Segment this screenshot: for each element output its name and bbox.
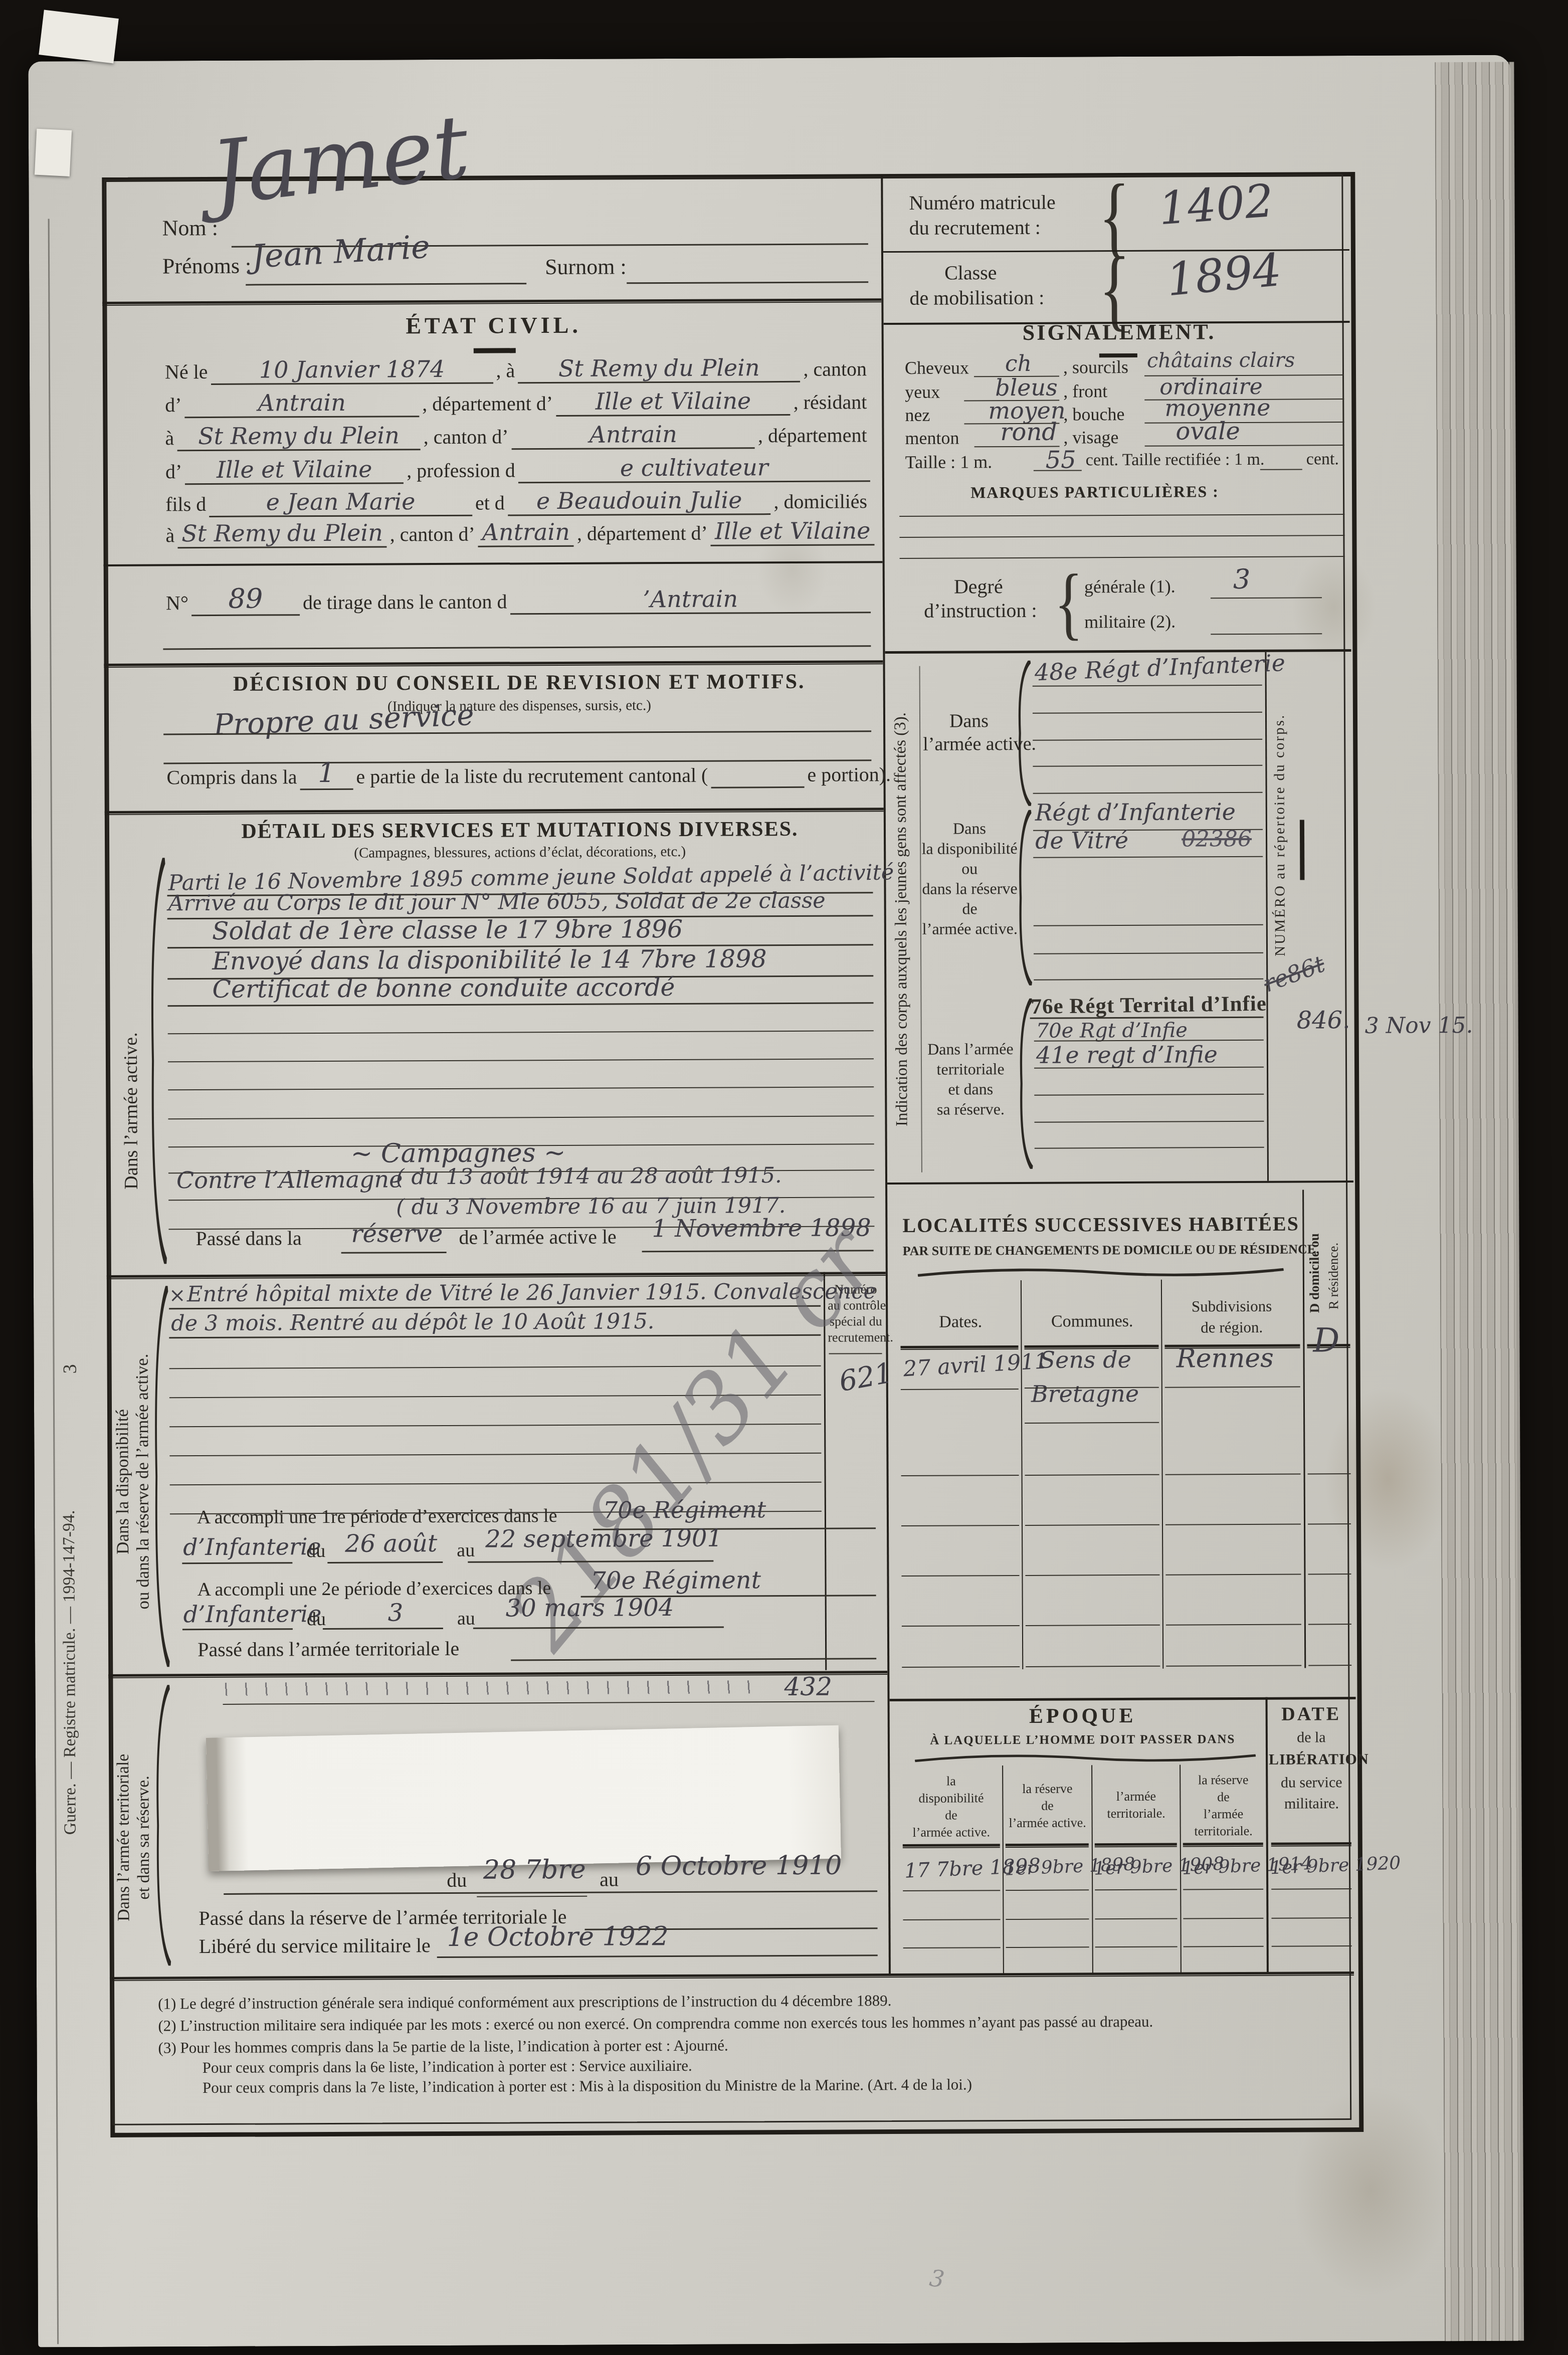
decoration — [147, 858, 168, 1264]
static-text: Antrain — [184, 388, 419, 418]
etat-civil-line: àSt Remy du Plein, canton d’Antrain, dép… — [162, 517, 870, 548]
du-label: du — [447, 1868, 467, 1892]
decoration — [1016, 661, 1032, 806]
static-text: , département d’ — [419, 391, 556, 417]
static-text: , canton d’ — [421, 425, 512, 450]
decoration — [1019, 661, 1031, 806]
col-subdivisions: Subdivisions — [1163, 1297, 1300, 1316]
epoque-col-h: l’armée active. — [1004, 1815, 1092, 1831]
static-text: Né le — [162, 360, 211, 385]
side-label-disponibilite2: ou dans la réserve de l’armée active. — [132, 1296, 153, 1667]
service-line: Certificat de bonne conduite accordé — [212, 973, 675, 1004]
decoration — [1271, 1842, 1351, 1847]
static-text: , domiciliés — [770, 489, 870, 515]
localites-subtitle: PAR SUITE DE CHANGEMENTS DE DOMICILE OU … — [903, 1242, 1299, 1259]
militaire-label: militaire (2). — [1084, 611, 1175, 633]
yeux-label: yeux — [905, 381, 940, 403]
static-text: 1 — [300, 757, 353, 790]
date-title: DATE — [1269, 1703, 1354, 1725]
marques-label: MARQUES PARTICULIÈRES : — [924, 482, 1265, 502]
decoration — [903, 1844, 1000, 1848]
ornament-wave — [918, 1265, 1284, 1278]
nez-label: nez — [905, 405, 930, 426]
section-brace — [147, 858, 168, 1264]
numero-repertoire-label: NUMÉRO au répertoire du corps. — [1271, 695, 1292, 975]
au-value: 6 Octobre 1910 — [636, 1851, 842, 1882]
static-text: , département — [755, 423, 870, 449]
generale-label: générale (1). — [1084, 576, 1175, 598]
static-text: e cultivateur — [518, 453, 870, 483]
decoration — [1020, 810, 1032, 986]
date-sub: de la — [1269, 1729, 1354, 1746]
section-brace — [152, 1685, 171, 1966]
cheveux-label: Cheveux — [905, 357, 969, 378]
corps-terr-value2: 70e Rgt d’Infie — [1036, 1019, 1188, 1042]
corps-dispo-label: de — [927, 899, 1013, 918]
epoque-col-h: l’armée — [1092, 1789, 1180, 1805]
decoration — [1260, 469, 1302, 470]
static-text: ’Antrain — [510, 584, 871, 615]
covered-handwriting — [218, 1680, 754, 1696]
decoration — [151, 1286, 170, 1667]
epoque-col-h: territoriale. — [1092, 1806, 1180, 1822]
periode1-au: 22 septembre 1901 — [485, 1524, 722, 1553]
visage-label: , visage — [1063, 427, 1118, 448]
epoque-col-h: l’armée active. — [900, 1825, 1003, 1840]
matricule-label2: du recrutement : — [909, 216, 1041, 240]
pasted-slip — [206, 1725, 841, 1871]
degre-label: Degré — [954, 574, 1003, 598]
localite-dr: D — [1313, 1321, 1339, 1359]
sourcils-value: châtains clairs — [1147, 349, 1295, 372]
corps-terr-label: Dans l’armée — [918, 1040, 1023, 1059]
static-text: d’ — [162, 460, 185, 485]
brace — [1016, 810, 1033, 986]
passe-reserve-label: Passé dans la — [195, 1226, 301, 1250]
decoration — [918, 1269, 1284, 1276]
classe-label: Classe — [944, 261, 997, 284]
classe-value: 1894 — [1164, 244, 1284, 307]
paper-tab — [39, 10, 119, 64]
decoration — [900, 1345, 1018, 1350]
du-label: du — [307, 1608, 326, 1630]
etat-civil-line: Né le10 Janvier 1874, àSt Remy du Plein,… — [162, 353, 870, 385]
surnom-label: Surnom : — [545, 254, 627, 280]
epoque-col-h: disponibilité — [900, 1791, 1002, 1806]
nom-label: Nom : — [162, 215, 218, 241]
decoration — [1308, 1574, 1351, 1575]
sourcils-label: , sourcils — [1063, 356, 1128, 378]
corps-terr-value3: 41e regt d’Infie — [1036, 1041, 1218, 1069]
decoration — [1017, 999, 1033, 1169]
etat-civil-title: ÉTAT CIVIL. — [313, 311, 674, 339]
col-communes: Communes. — [1023, 1312, 1161, 1331]
etat-civil-line: d’Antrain, département d’Ille et Vilaine… — [162, 386, 870, 418]
side-label-territoriale: Dans l’armée territoriale — [114, 1702, 135, 1973]
epoque-col-h: la réserve — [1003, 1781, 1091, 1797]
decoration — [1021, 999, 1032, 1169]
corps-terr-stamp: 76e Régt Territal d’Infie — [1031, 992, 1267, 1019]
decoration — [1308, 1523, 1351, 1524]
services-subtitle: (Campagnes, blessures, actions d’éclat, … — [169, 843, 871, 862]
decoration — [157, 1685, 170, 1966]
static-text: Compris dans la — [163, 765, 300, 791]
side-label-armee-active: Dans l’armée active. — [119, 955, 143, 1266]
corps-active-label2: l’armée active. — [923, 733, 1015, 755]
date-sub3: du service — [1269, 1774, 1354, 1792]
numero-bracket — [1300, 820, 1305, 880]
matricule-label: Numéro matricule — [909, 190, 1055, 215]
epoque-title: ÉPOQUE — [900, 1703, 1266, 1729]
decoration — [918, 1265, 1284, 1278]
brace-glyph: { — [1054, 556, 1083, 650]
footnote-3: (3) Pour les hommes compris dans la 5e p… — [158, 2037, 728, 2057]
decoration — [155, 1286, 169, 1667]
periode2-du: 3 — [388, 1599, 404, 1627]
epoque-col-h: de — [900, 1808, 1002, 1823]
bouche-label: , bouche — [1063, 404, 1124, 425]
epoque-col-h: de — [1181, 1790, 1266, 1805]
campagne-contre: Contre l’Allemagne — [176, 1165, 403, 1194]
decoration — [915, 1755, 1256, 1761]
etat-civil-line: àSt Remy du Plein, canton d’Antrain, dép… — [162, 420, 870, 451]
static-text: Ille et Vilaine — [556, 387, 791, 417]
localite-commune: Sens de — [1039, 1346, 1131, 1373]
generale-value: 3 — [1233, 563, 1251, 595]
decoration — [915, 1751, 1256, 1763]
margin-sheet-number: 3 — [59, 1351, 82, 1387]
etat-civil-line: d’Ille et Vilaine, profession de cultiva… — [162, 453, 870, 485]
static-text: , résidant — [791, 390, 870, 416]
static-text: e portion). — [804, 762, 894, 788]
footnote-1: (1) Le degré d’instruction générale sera… — [158, 1992, 892, 2013]
epoque-col-h: de — [1003, 1798, 1091, 1814]
static-text: d’ — [162, 393, 185, 418]
corps-terr-label: et dans — [928, 1080, 1013, 1099]
register-page-tilt: Guerre. — Registre matricule. — 1994-147… — [0, 0, 1568, 2355]
services-title: DÉTAIL DES SERVICES ET MUTATIONS DIVERSE… — [169, 817, 871, 844]
static-text: Ille et Vilaine — [185, 455, 404, 485]
static-text: Antrain — [511, 420, 755, 450]
au-label: au — [600, 1867, 619, 1891]
corps-dispo-label: l’armée active. — [920, 919, 1020, 938]
corps-dispo-numero: 02386 — [1182, 826, 1252, 852]
hopital-line2: de 3 mois. Rentré au dépôt le 10 Août 19… — [171, 1309, 654, 1336]
corps-side-label: Indication des corps auxquels les jeunes… — [891, 666, 914, 1172]
static-text: à — [162, 426, 177, 451]
static-text: e Jean Marie — [209, 488, 472, 517]
static-text: Ille et Vilaine — [711, 517, 875, 546]
degre-label2: d’instruction : — [924, 599, 1037, 623]
corps-dispo-value2: de Vitré — [1035, 827, 1128, 854]
epoque-col-h: la — [900, 1774, 1002, 1789]
periode2-infanterie: d’Infanterie — [183, 1600, 322, 1628]
static-text: St Remy du Plein — [177, 519, 387, 548]
static-text: e partie de la liste du recrutement cant… — [353, 763, 711, 790]
periode2-label: A accompli une 2e période d’exercices da… — [197, 1577, 551, 1601]
decoration — [152, 858, 167, 1264]
au-label: au — [457, 1608, 475, 1630]
tirage-line: N°89de tirage dans le canton d’Antrain — [163, 580, 871, 616]
matricule-value: 1402 — [1157, 174, 1275, 236]
x-mark: × — [169, 1284, 186, 1307]
corps-dispo-value: Régt d’Infanterie — [1035, 798, 1236, 826]
corps-dispo-label: ou — [927, 859, 1012, 878]
ornament-wave — [915, 1751, 1256, 1763]
page-stack-edge — [1435, 62, 1524, 2341]
du-value: 28 7bre — [483, 1855, 586, 1885]
service-line: Soldat de 1ère classe le 17 9bre 1896 — [212, 915, 683, 945]
compris-line: Compris dans la1e partie de la liste du … — [163, 754, 871, 791]
covered-line-number: 432 — [784, 1672, 832, 1701]
side-label-disponibilite: Dans la disponibilité — [112, 1306, 133, 1657]
side-label-territoriale2: et dans sa réserve. — [134, 1707, 155, 1968]
service-line: Envoyé dans la disponibilité le 14 7bre … — [212, 944, 767, 975]
taille-rectifiee-label: cent. Taille rectifiée : 1 m. — [1086, 450, 1265, 470]
section-brace — [151, 1286, 170, 1667]
brace — [1017, 999, 1033, 1169]
periode2-au: 30 mars 1904 — [506, 1594, 674, 1622]
static-text: e Beaudouin Julie — [508, 486, 771, 516]
passe-reserve-value: réserve — [351, 1220, 443, 1248]
epoque-col-h: la réserve — [1181, 1773, 1266, 1788]
etat-civil-line: fils de Jean Marieet de Beaudouin Julie,… — [162, 486, 870, 517]
campagne-dates-1: ( du 13 août 1914 au 28 août 1915. — [396, 1163, 782, 1190]
decision-title: DÉCISION DU CONSEIL DE REVISION ET MOTIF… — [168, 669, 870, 696]
service-line: Arrivé au Corps le dit jour N° Mle 6055,… — [168, 888, 825, 916]
cent-label: cent. — [1306, 450, 1339, 469]
static-text: , département d’ — [574, 521, 711, 547]
corps-terr-label: territoriale — [921, 1060, 1020, 1079]
au-label: au — [457, 1539, 475, 1561]
epoque-subtitle: À LAQUELLE L’HOMME DOIT PASSER DANS — [900, 1732, 1266, 1748]
periode2-regiment: 70e Régiment — [591, 1566, 761, 1595]
static-text: 89 — [191, 582, 300, 616]
static-text: Antrain — [478, 518, 574, 547]
static-text: , canton d’ — [387, 522, 478, 548]
decoration — [1308, 1473, 1351, 1474]
decoration — [1183, 1843, 1263, 1847]
corps-terr-date: 3 Nov 15. — [1365, 1013, 1473, 1039]
visage-value: ovale — [1175, 417, 1240, 446]
static-text: , profession d — [404, 458, 518, 484]
photo-backdrop: Guerre. — Registre matricule. — 1994-147… — [0, 0, 1568, 2355]
static-text: N° — [163, 591, 191, 616]
decoration — [1308, 1624, 1351, 1625]
libere-label: Libéré du service militaire le — [199, 1933, 431, 1958]
periode1-du: 26 août — [345, 1529, 437, 1558]
corps-active-label: Dans — [926, 710, 1012, 732]
date-sub2: LIBÉRATION — [1269, 1751, 1354, 1769]
brace — [1016, 661, 1032, 806]
footnote-5: Pour ceux compris dans la 7e liste, l’in… — [203, 2075, 972, 2097]
du-label: du — [306, 1540, 325, 1562]
static-text: St Remy du Plein — [518, 354, 800, 383]
paper-tab — [35, 129, 72, 176]
periode1-infanterie: d’Infanterie — [183, 1533, 321, 1560]
footnote-4: Pour ceux compris dans la 6e liste, l’in… — [203, 2057, 692, 2077]
prenoms-label: Prénoms : — [162, 253, 251, 279]
date-sub4: militaire. — [1269, 1795, 1354, 1813]
col-dates: Dates. — [900, 1312, 1021, 1332]
static-text: , canton — [800, 357, 870, 382]
static-text: St Remy du Plein — [177, 422, 421, 451]
decoration — [1095, 1843, 1177, 1848]
libere-value: 1e Octobre 1922 — [447, 1921, 668, 1952]
classe-label2: de mobilisation : — [909, 286, 1044, 310]
epoque-col-h: territoriale. — [1181, 1824, 1266, 1839]
corps-terr-label: sa réserve. — [921, 1100, 1020, 1119]
static-text: à — [162, 523, 177, 548]
decoration — [1308, 1665, 1351, 1666]
static-text: de tirage dans le canton d — [300, 590, 510, 616]
decoration — [1006, 1843, 1089, 1848]
decoration — [1034, 470, 1082, 471]
epoque-col-h: l’armée — [1181, 1807, 1266, 1822]
cheveux-value: ch — [1005, 351, 1032, 376]
menton-value: rond — [1000, 418, 1057, 446]
passe-reserve-label2: de l’armée active le — [459, 1225, 616, 1249]
margin-imprint: Guerre. — Registre matricule. — 1994-147… — [59, 1397, 85, 1948]
localite-subdivision: Rennes — [1176, 1343, 1274, 1374]
passe-territoriale-label: Passé dans l’armée territoriale le — [198, 1637, 459, 1661]
static-text: et d — [472, 491, 508, 516]
corps-terr-numero: 846. — [1297, 1006, 1350, 1034]
localites-title: LOCALITÉS SUCCESSIVES HABITÉES — [902, 1212, 1298, 1237]
corps-dispo-label: dans la réserve — [920, 879, 1019, 898]
corps-dispo-label: Dans — [927, 819, 1012, 838]
static-text: , à — [493, 358, 518, 383]
col-subdivisions2: de région. — [1163, 1318, 1300, 1337]
corps-dispo-label: la disponibilité — [920, 839, 1019, 858]
static-text: 10 Janvier 1874 — [211, 355, 493, 385]
decoration — [1016, 810, 1033, 986]
periode1-regiment: 70e Régiment — [603, 1496, 766, 1523]
menton-label: menton — [905, 427, 959, 448]
taille-label: Taille : 1 m. — [905, 451, 993, 473]
ornament — [474, 348, 516, 353]
front-label: , front — [1063, 380, 1107, 402]
localite-commune2: Bretagne — [1031, 1380, 1139, 1408]
static-text: fils d — [162, 492, 209, 517]
decoration — [152, 1685, 171, 1966]
signalement-title: SIGNALEMENT. — [894, 318, 1345, 346]
